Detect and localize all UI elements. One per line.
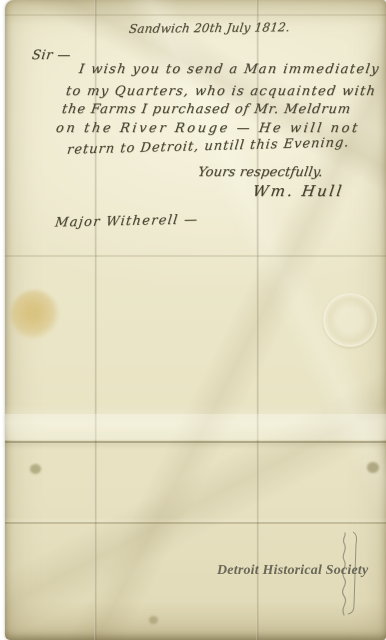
ink-spot-icon	[367, 462, 379, 473]
wax-stain-icon	[11, 290, 59, 340]
letter-closing: Yours respectfully.	[197, 165, 324, 180]
letter-body-line: the Farms I purchased of Mr. Meldrum	[61, 102, 352, 117]
letter-sheet: Sandwich 20th July 1812. Sir — I wish yo…	[5, 0, 386, 640]
ink-spot-icon	[149, 616, 158, 624]
fold-highlight-band	[5, 414, 386, 440]
embossed-seal-icon	[323, 293, 377, 347]
letter-salutation: Sir —	[31, 48, 72, 63]
letter-dateline: Sandwich 20th July 1812.	[128, 20, 291, 36]
fold-line-lower	[5, 522, 386, 524]
fold-line-upper	[5, 255, 386, 257]
letter-addressee: Major Witherell —	[54, 212, 199, 230]
ink-spot-icon	[30, 464, 41, 474]
letter-body-line: to my Quarters, who is acquainted with	[65, 84, 377, 99]
letter-body-line: return to Detroit, untill this Evening.	[66, 135, 350, 157]
fold-line-middle	[5, 441, 386, 443]
letter-body-line: I wish you to send a Man immediately	[78, 62, 381, 77]
letter-body-line: on the River Rouge — He will not	[55, 121, 361, 136]
watermark-text: Detroit Historical Society	[217, 563, 368, 579]
letter-signature: Wm. Hull	[252, 182, 345, 200]
fold-line-top	[5, 14, 386, 16]
